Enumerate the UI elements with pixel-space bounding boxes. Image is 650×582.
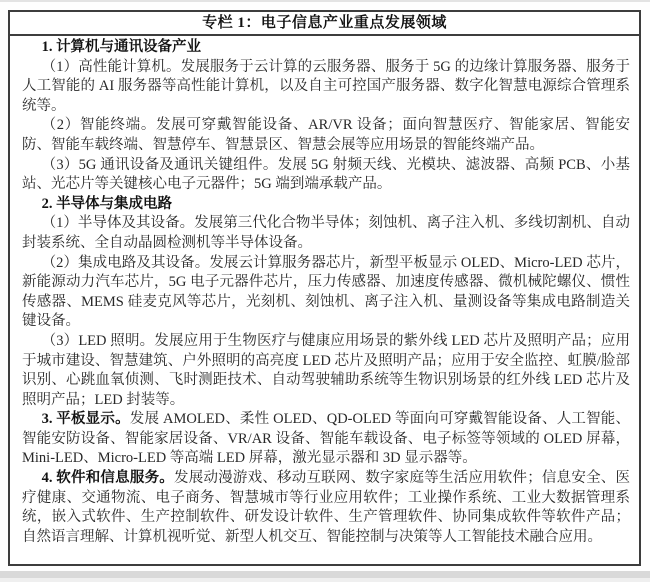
page-bottom-edge <box>0 571 650 578</box>
special-column-box: 专栏 1：电子信息产业重点发展领域 1. 计算机与通讯设备产业 （1）高性能计算… <box>8 10 641 566</box>
document-page: 专栏 1：电子信息产业重点发展领域 1. 计算机与通讯设备产业 （1）高性能计算… <box>0 0 650 582</box>
box-title: 专栏 1：电子信息产业重点发展领域 <box>10 12 639 36</box>
section-1-paragraph-2: （2）智能终端。发展可穿戴智能设备、AR/VR 设备；面向智慧医疗、智能家居、智… <box>22 116 630 155</box>
section-4-paragraph: 4. 软件和信息服务。发展动漫游戏、移动互联网、数字家庭等生活应用软件；信息安全… <box>22 469 630 547</box>
section-3-paragraph: 3. 平板显示。发展 AMOLED、柔性 OLED、QD-OLED 等面向可穿戴… <box>22 410 630 469</box>
section-1-heading: 1. 计算机与通讯设备产业 <box>22 38 630 58</box>
section-2-paragraph-3: （3）LED 照明。发展应用于生物医疗与健康应用场景的紫外线 LED 芯片及照明… <box>22 332 630 410</box>
section-3-heading: 3. 平板显示。 <box>42 411 130 427</box>
section-2-paragraph-2: （2）集成电路及其设备。发展云计算服务器芯片，新型平板显示 OLED、Micro… <box>22 254 630 332</box>
section-2-paragraph-1: （1）半导体及其设备。发展第三代化合物半导体；刻蚀机、离子注入机、多线切割机、自… <box>22 214 630 253</box>
box-body: 1. 计算机与通讯设备产业 （1）高性能计算机。发展服务于云计算的云服务器、服务… <box>10 36 639 549</box>
page-top-edge <box>0 0 650 2</box>
section-4-heading: 4. 软件和信息服务。 <box>42 470 174 486</box>
section-1-paragraph-3: （3）5G 通讯设备及通讯关键组件。发展 5G 射频天线、光模块、滤波器、高频 … <box>22 156 630 195</box>
section-1-paragraph-1: （1）高性能计算机。发展服务于云计算的云服务器、服务于 5G 的边缘计算服务器、… <box>22 58 630 117</box>
section-2-heading: 2. 半导体与集成电路 <box>22 195 630 215</box>
page-bottom-edge-light <box>0 578 650 582</box>
